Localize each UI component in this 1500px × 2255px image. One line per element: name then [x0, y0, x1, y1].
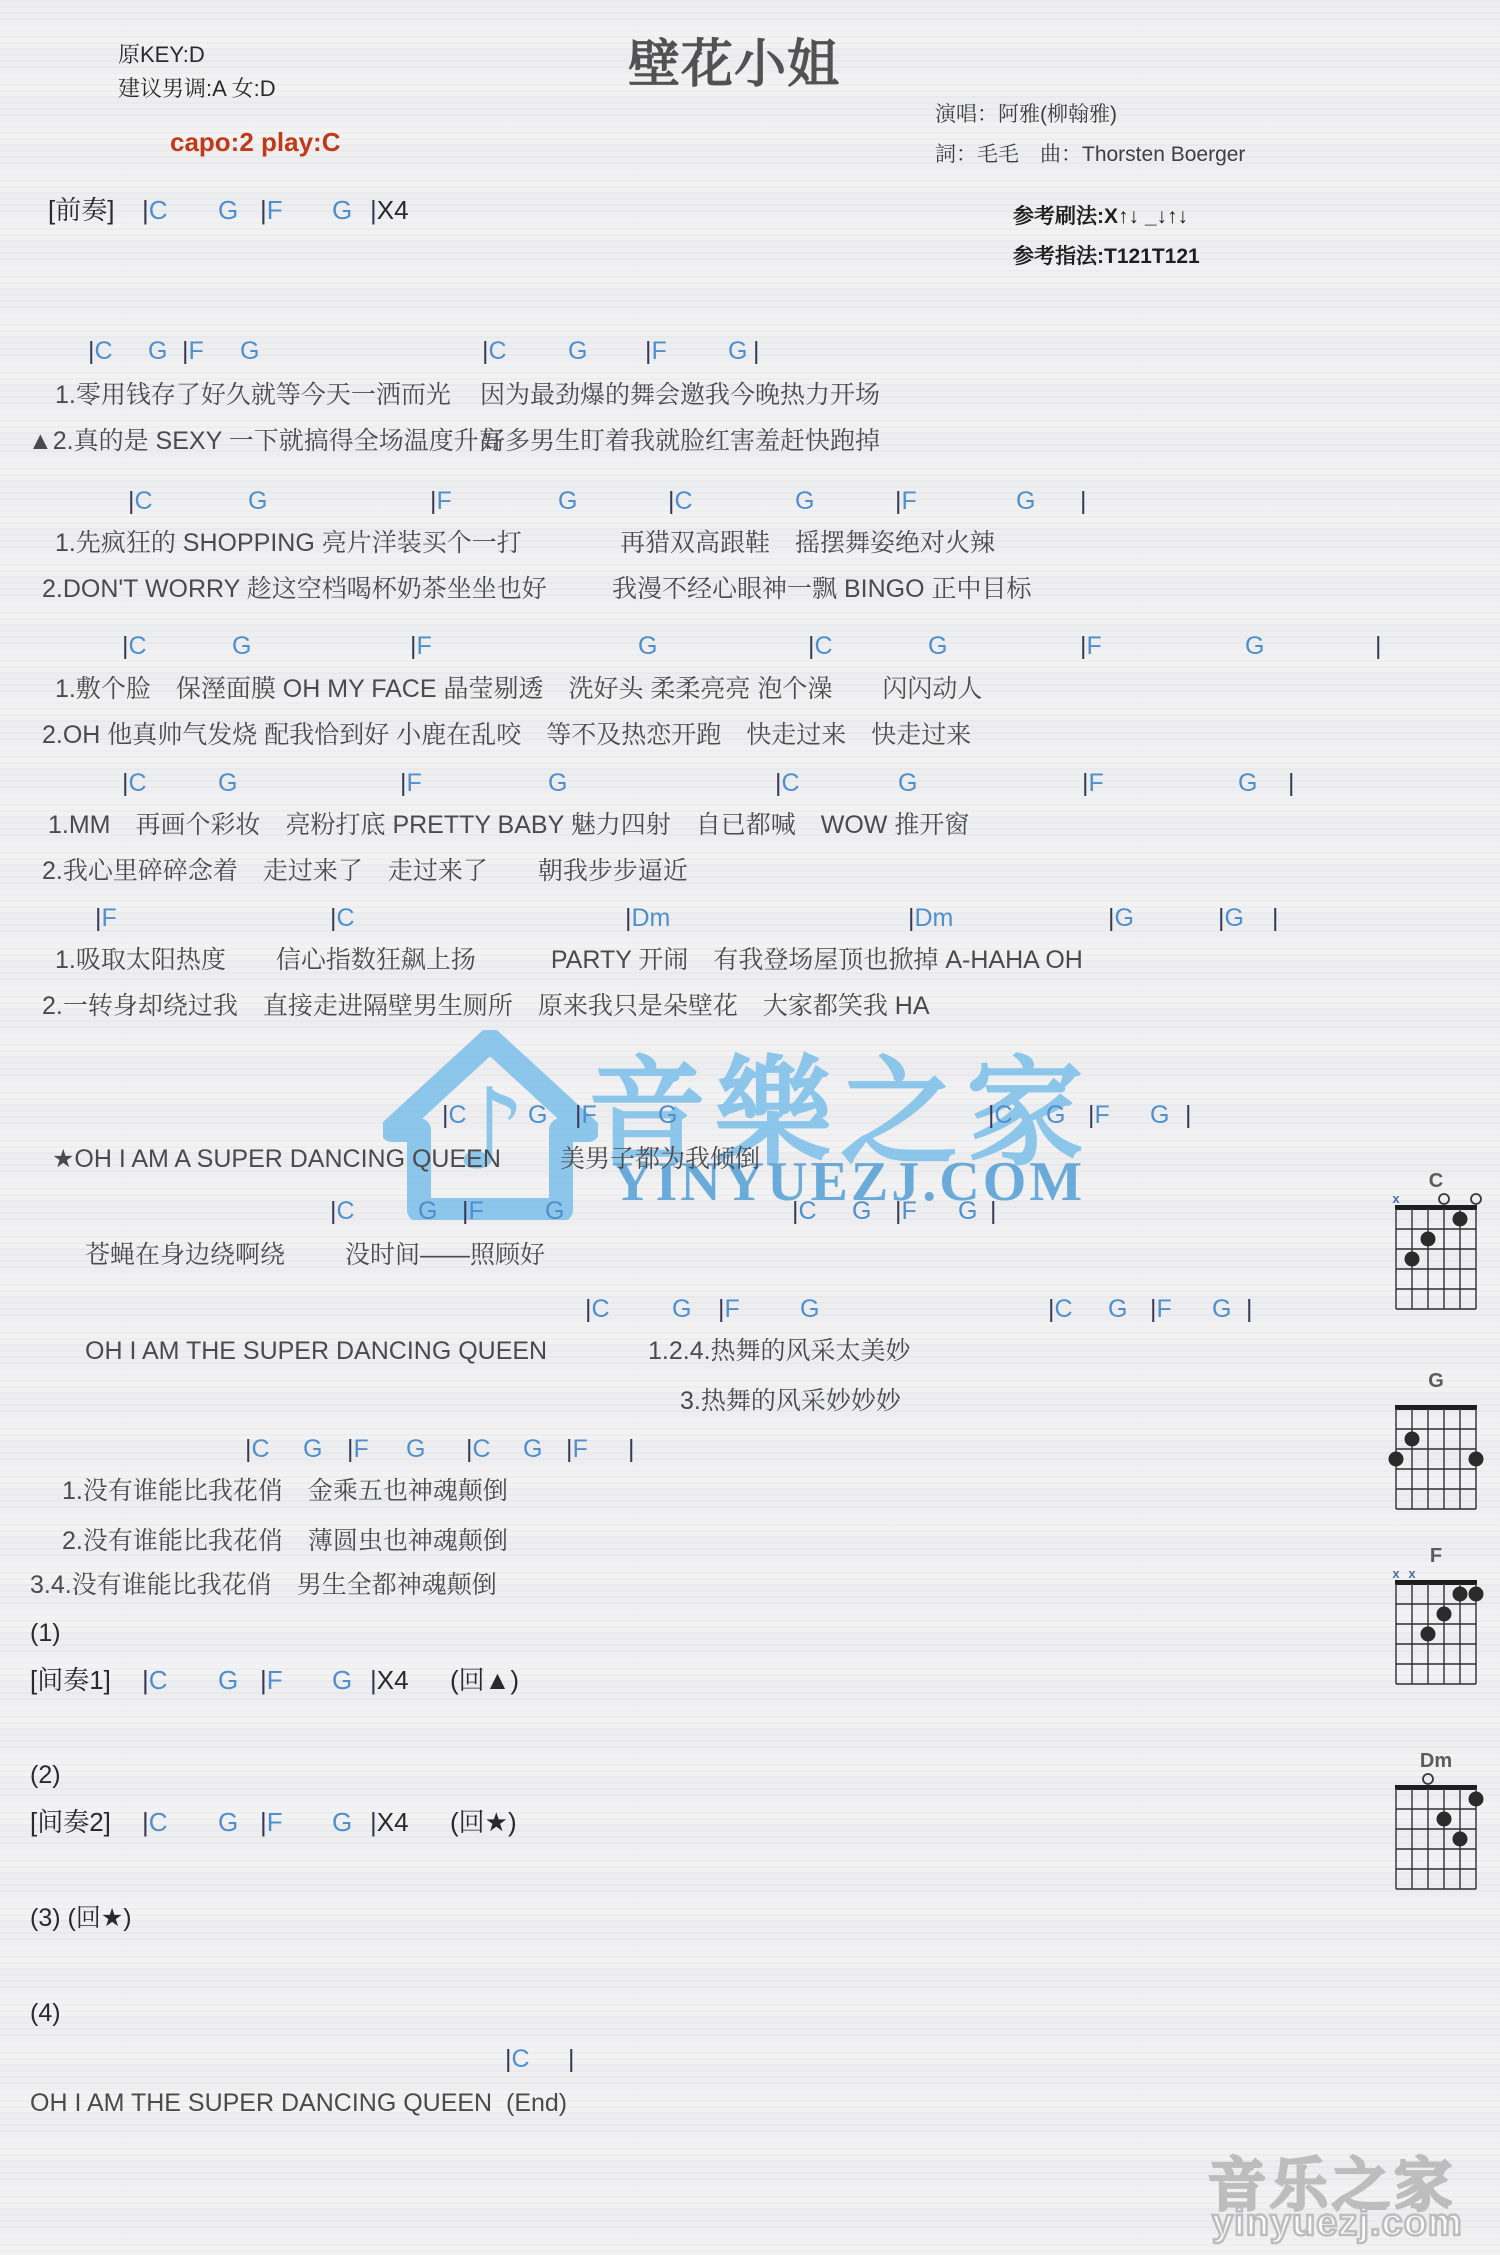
lyric-line-segment: 2.一转身却绕过我 直接走进隔壁男生厕所 原来我只是朵壁花 大家都笑我 HA [42, 993, 930, 1021]
chord-line-segment: G [545, 1198, 564, 1226]
chord-line-segment: |C [88, 338, 113, 366]
chord-line-segment: G [303, 1436, 322, 1464]
chord-line-segment: |C [466, 1436, 491, 1464]
chord-line-segment: |C [128, 488, 153, 516]
chord-line-segment: G [898, 770, 917, 798]
chord-line-segment: |F [347, 1436, 369, 1464]
lyric-line-segment: 1.没有谁能比我花俏 金乘五也神魂颠倒 [62, 1478, 508, 1506]
song-title: 壁花小姐 [628, 22, 840, 97]
chord-line-segment: |C [142, 1666, 168, 1695]
chord-line-segment: |F [1080, 633, 1102, 661]
chord-line-segment: |C [122, 633, 147, 661]
chord-line-segment: |F [260, 1666, 283, 1695]
chord-line-segment: G [1212, 1296, 1231, 1324]
lyric-line-segment: 3.热舞的风采妙妙妙 [680, 1388, 901, 1416]
chord-line-segment: (回▲) [450, 1666, 519, 1695]
lyric-line-segment: ▲2.真的是 SEXY 一下就搞得全场温度升高 [28, 428, 504, 456]
chord-line-segment: | [568, 2046, 575, 2074]
chord-line-segment: |F [462, 1198, 484, 1226]
lyric-line-segment: 美男子都为我倾倒 [560, 1146, 760, 1174]
chord-line-segment: G [248, 488, 267, 516]
singer-credit: 演唱：阿雅(柳翰雅) [935, 98, 1117, 128]
chord-line-segment: |F [1150, 1296, 1172, 1324]
chord-line-segment: |F [1088, 1102, 1110, 1130]
chord-line-segment: G [218, 770, 237, 798]
chord-line-segment: G [638, 633, 657, 661]
chord-line-segment: G [332, 1666, 352, 1695]
svg-text:x: x [1392, 1191, 1400, 1206]
chord-line-segment: |C [585, 1296, 610, 1324]
chord-line-segment: G [218, 1666, 238, 1695]
chord-line-segment: (2) [30, 1762, 61, 1790]
lyric-line-segment: OH I AM THE SUPER DANCING QUEEN (End) [30, 2090, 567, 2118]
chord-line-segment: |F [260, 1808, 283, 1837]
lyric-line-segment: ★OH I AM A SUPER DANCING QUEEN [52, 1146, 501, 1174]
chord-line-segment: G [218, 196, 238, 225]
chord-line-segment: G [523, 1436, 542, 1464]
lyric-line-segment: 2.DON'T WORRY 趁这空档喝杯奶茶坐坐也好 [42, 576, 547, 604]
chord-line-segment: |C [330, 1198, 355, 1226]
lyric-line-segment: 2.没有谁能比我花俏 薄圆虫也神魂颠倒 [62, 1528, 508, 1556]
svg-text:x: x [1408, 1566, 1416, 1581]
lyric-line-segment: 2.我心里碎碎念着 走过来了 走过来了 朝我步步逼近 [42, 858, 688, 886]
chord-line-segment: G [548, 770, 567, 798]
chord-line-segment: |C [808, 633, 833, 661]
chord-line-segment: G [418, 1198, 437, 1226]
chord-line-segment: G [332, 1808, 352, 1837]
lyric-line-segment: 1.先疯狂的 SHOPPING 亮片洋装买个一打 [55, 530, 522, 558]
corner-watermark-url: yinyuezj.com [1212, 2202, 1463, 2245]
chord-line-segment: G [800, 1296, 819, 1324]
chord-line-segment: | [1185, 1102, 1192, 1130]
chord-line-segment: | [1272, 905, 1279, 933]
chord-line-segment: |F [95, 905, 117, 933]
chord-line-segment: G [1245, 633, 1264, 661]
chord-line-segment: |X4 [370, 1808, 409, 1837]
chord-line-segment: | [1080, 488, 1087, 516]
lyric-line-segment: 1.吸取太阳热度 信心指数狂飙上扬 PARTY 开闹 有我登场屋顶也掀掉 A-H… [55, 947, 1083, 975]
chord-line-segment: G [1016, 488, 1035, 516]
chord-diagram-C: Cx [1393, 1169, 1485, 1314]
chord-line-segment: |C [1048, 1296, 1073, 1324]
chord-diagram-F: Fxx [1393, 1544, 1485, 1689]
chord-line-segment: G [148, 338, 167, 366]
chord-line-segment: |C [482, 338, 507, 366]
chord-line-segment: |C [330, 905, 355, 933]
lyric-line-segment: 1.零用钱存了好久就等今天一洒而光 [55, 382, 451, 410]
chord-line-segment: | [753, 338, 760, 366]
lyric-line-segment: 1.敷个脸 保溼面膜 OH MY FACE 晶莹剔透 洗好头 柔柔亮亮 泡个澡 … [55, 676, 982, 704]
chord-line-segment: G [1046, 1102, 1065, 1130]
chord-line-segment: |F [645, 338, 667, 366]
chord-line-segment: | [1246, 1296, 1253, 1324]
svg-text:♪: ♪ [454, 1065, 525, 1195]
music-note-house-icon: ♪ [383, 1030, 598, 1220]
chord-line-segment: |F [718, 1296, 740, 1324]
chord-line-segment: |F [1082, 770, 1104, 798]
chord-line-segment: |C [505, 2046, 530, 2074]
chord-line-segment: G [672, 1296, 691, 1324]
lyric-line-segment: 没时间——照顾好 [345, 1242, 545, 1270]
chord-line-segment: G [528, 1102, 547, 1130]
lyric-line-segment: 2.OH 他真帅气发烧 配我恰到好 小鹿在乱咬 等不及热恋开跑 快走过来 快走过… [42, 722, 971, 750]
chord-line-segment: |C [122, 770, 147, 798]
chord-line-segment: |Dm [908, 905, 953, 933]
lyric-line-segment: 苍蝇在身边绕啊绕 [85, 1242, 285, 1270]
chord-diagram-label: Dm [1420, 1750, 1452, 1772]
lyric-line-segment: OH I AM THE SUPER DANCING QUEEN [85, 1338, 547, 1366]
chord-line-segment: G [852, 1198, 871, 1226]
chord-sheet-page: ♪ 音樂之家 YINYUEZJ.COM 壁花小姐 原KEY:D 建议男调:A 女… [0, 0, 1500, 2255]
chord-line-segment: |F [575, 1102, 597, 1130]
lyric-line-segment: 好多男生盯着我就脸红害羞赶快跑掉 [480, 428, 880, 456]
chord-line-segment: [间奏1] [30, 1666, 111, 1695]
chord-line-segment: G [958, 1198, 977, 1226]
chord-diagram-label: C [1429, 1170, 1443, 1192]
chord-line-segment: |C [668, 488, 693, 516]
chord-line-segment: G [658, 1102, 677, 1130]
chord-line-segment: |C [988, 1102, 1013, 1130]
chord-line-segment: G [1150, 1102, 1169, 1130]
chord-line-segment: |Dm [625, 905, 670, 933]
chord-line-segment: G [558, 488, 577, 516]
chord-line-segment: G [406, 1436, 425, 1464]
chord-line-segment: G [568, 338, 587, 366]
chord-line-segment: (1) [30, 1620, 61, 1648]
chord-line-segment: |F [182, 338, 204, 366]
chord-diagram-label: F [1430, 1545, 1442, 1567]
chord-line-segment: |F [430, 488, 452, 516]
chord-line-segment: G [1238, 770, 1257, 798]
chord-line-segment: |C [142, 196, 168, 225]
chord-diagram-label: G [1428, 1370, 1444, 1392]
chord-line-segment: | [628, 1436, 635, 1464]
chord-line-segment: |X4 [370, 196, 409, 225]
chord-line-segment: |G [1218, 905, 1244, 933]
chord-line-segment: (回★) [450, 1808, 517, 1837]
chord-line-segment: (3) (回★) [30, 1905, 132, 1933]
chord-line-segment: (4) [30, 2000, 61, 2028]
original-key: 原KEY:D [118, 38, 205, 69]
chord-line-segment: |X4 [370, 1666, 409, 1695]
lyric-line-segment: 3.4.没有谁能比我花俏 男生全都神魂颠倒 [30, 1572, 497, 1600]
chord-line-segment: |C [245, 1436, 270, 1464]
chord-line-segment: G [795, 488, 814, 516]
suggested-keys: 建议男调:A 女:D [118, 72, 276, 103]
chord-line-segment: |G [1108, 905, 1134, 933]
chord-line-segment: |F [260, 196, 283, 225]
chord-line-segment: G [728, 338, 747, 366]
lyric-line-segment: 因为最劲爆的舞会邀我今晚热力开场 [480, 382, 880, 410]
chord-line-segment: [间奏2] [30, 1808, 111, 1837]
chord-line-segment: [前奏] [48, 196, 114, 225]
chord-line-segment: |C [775, 770, 800, 798]
chord-line-segment: |F [895, 1198, 917, 1226]
chord-line-segment: |C [142, 1808, 168, 1837]
lyric-line-segment: 1.2.4.热舞的风采太美妙 [648, 1338, 911, 1366]
lyric-line-segment: 我漫不经心眼神一飘 BINGO 正中目标 [612, 576, 1031, 604]
chord-line-segment: |C [442, 1102, 467, 1130]
chord-line-segment: G [240, 338, 259, 366]
lyric-line-segment: 再猎双高跟鞋 摇摆舞姿绝对火辣 [620, 530, 995, 558]
chord-diagram-G: G [1393, 1369, 1485, 1514]
chord-line-segment: |F [400, 770, 422, 798]
chord-line-segment: G [232, 633, 251, 661]
chord-line-segment: G [218, 1808, 238, 1837]
chord-line-segment: | [1288, 770, 1295, 798]
svg-text:x: x [1392, 1566, 1400, 1581]
strum-pattern: 参考刷法:X↑↓ _↓↑↓ [1013, 200, 1188, 230]
chord-line-segment: |F [566, 1436, 588, 1464]
chord-line-segment: |F [895, 488, 917, 516]
lyric-line-segment: 1.MM 再画个彩妆 亮粉打底 PRETTY BABY 魅力四射 自已都喊 WO… [48, 812, 969, 840]
chord-line-segment: G [1108, 1296, 1127, 1324]
chord-line-segment: | [990, 1198, 997, 1226]
capo-info: capo:2 play:C [170, 127, 341, 158]
chord-line-segment: G [928, 633, 947, 661]
writer-credit: 詞：毛毛 曲：Thorsten Boerger [935, 138, 1245, 168]
chord-line-segment: |C [792, 1198, 817, 1226]
chord-line-segment: |F [410, 633, 432, 661]
chord-line-segment: G [332, 196, 352, 225]
finger-pattern: 参考指法:T121T121 [1013, 240, 1200, 270]
chord-diagram-Dm: Dm [1393, 1749, 1485, 1894]
chord-line-segment: | [1375, 633, 1382, 661]
